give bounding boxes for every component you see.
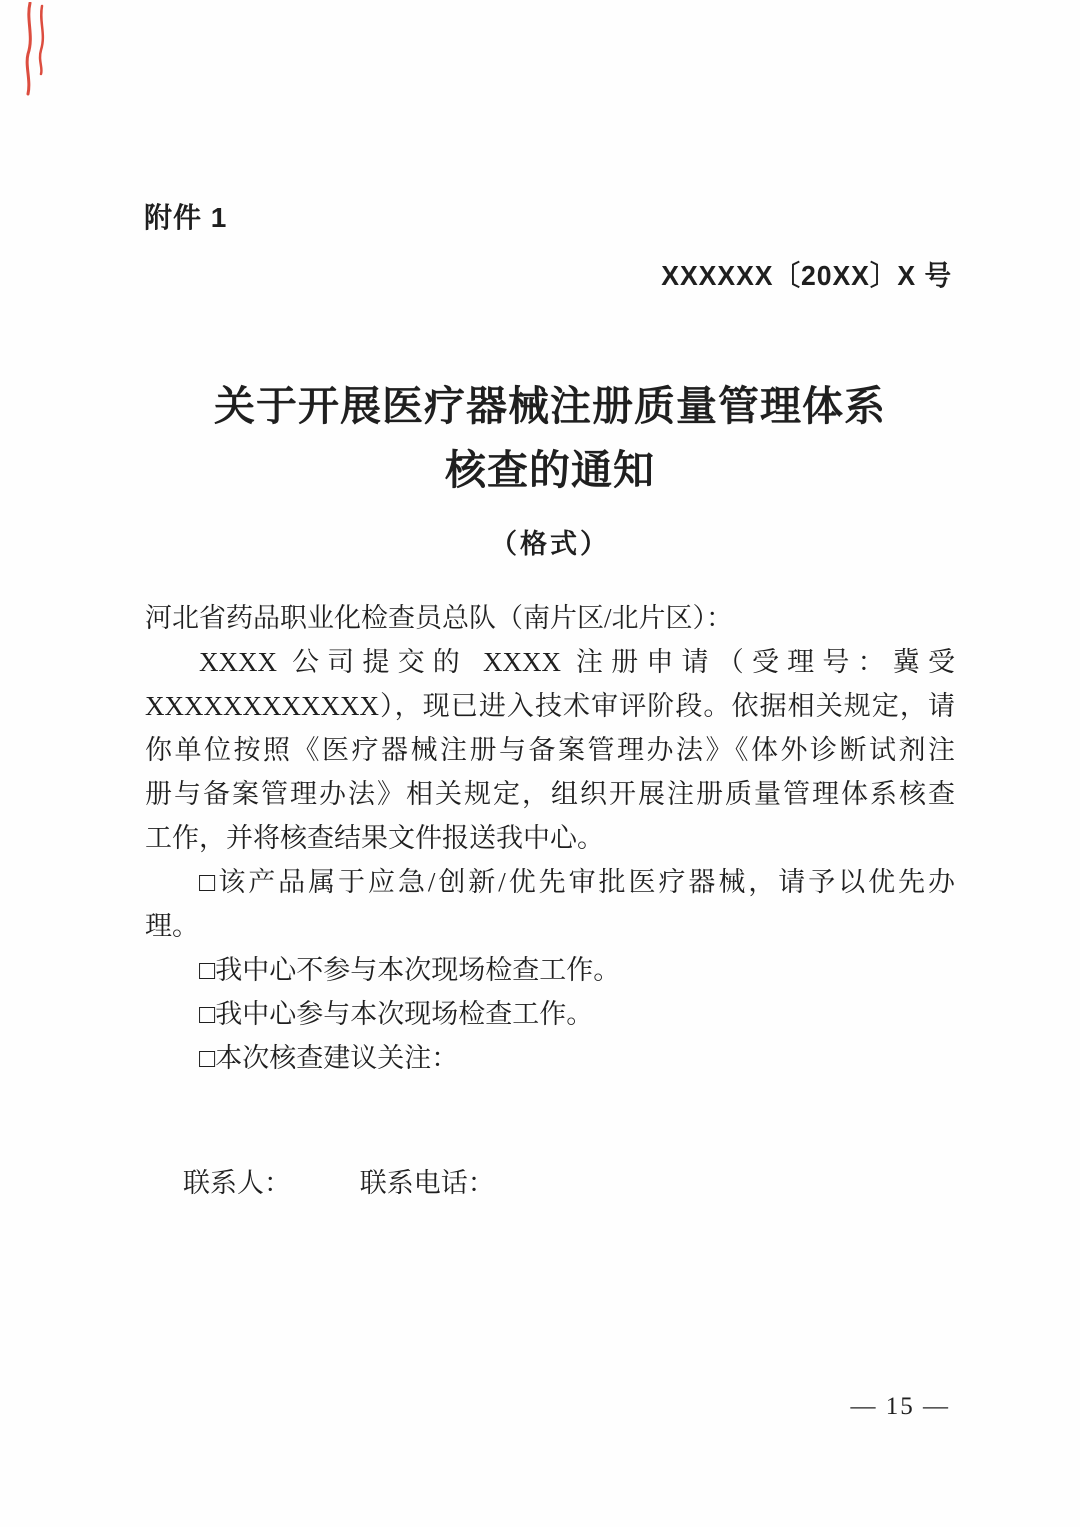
contact-person-label: 联系人：	[183, 1168, 291, 1198]
body-line-regulation-1: 你单位按照《医疗器械注册与备案管理办法》《体外诊断试剂注	[145, 728, 955, 772]
attachment-label: 附件 1	[144, 196, 227, 236]
document-number: XXXXXX〔20XX〕X 号	[661, 254, 952, 294]
format-subtitle: （格式）	[145, 522, 955, 561]
title-line-2: 核查的通知	[145, 438, 955, 502]
body-line-application: XXXX 公司提交的 XXXX 注册申请（受理号：冀受	[145, 640, 955, 684]
document-page: 附件 1 XXXXXX〔20XX〕X 号 关于开展医疗器械注册质量管理体系 核查…	[0, 0, 1080, 1527]
body-line-checkbox-priority: □该产品属于应急/创新/优先审批医疗器械，请予以优先办	[145, 860, 955, 904]
body-line-salutation: 河北省药品职业化检查员总队（南片区/北片区）：	[145, 596, 955, 640]
document-title: 关于开展医疗器械注册质量管理体系 核查的通知	[145, 374, 955, 502]
title-line-1: 关于开展医疗器械注册质量管理体系	[145, 374, 955, 438]
contact-phone-label: 联系电话：	[360, 1168, 495, 1198]
body-line-regulation-2: 册与备案管理办法》相关规定，组织开展注册质量管理体系核查	[145, 772, 955, 816]
body-text: 河北省药品职业化检查员总队（南片区/北片区）： XXXX 公司提交的 XXXX …	[145, 596, 955, 1080]
body-line-priority-wrap: 理。	[145, 904, 955, 948]
page-number: — 15 —	[851, 1393, 951, 1421]
body-line-checkbox-focus: □本次核查建议关注：	[145, 1036, 955, 1080]
contact-line: 联系人： 联系电话：	[145, 1161, 955, 1205]
body-line-checkbox-join: □我中心参与本次现场检查工作。	[145, 992, 955, 1036]
body-line-checkbox-not-join: □我中心不参与本次现场检查工作。	[145, 948, 955, 992]
body-line-acceptance-number: XXXXXXXXXXXX），现已进入技术审评阶段。依据相关规定，请	[145, 684, 955, 728]
body-line-report-result: 工作，并将核查结果文件报送我中心。	[145, 816, 955, 860]
red-pen-marks-icon	[22, 2, 52, 100]
